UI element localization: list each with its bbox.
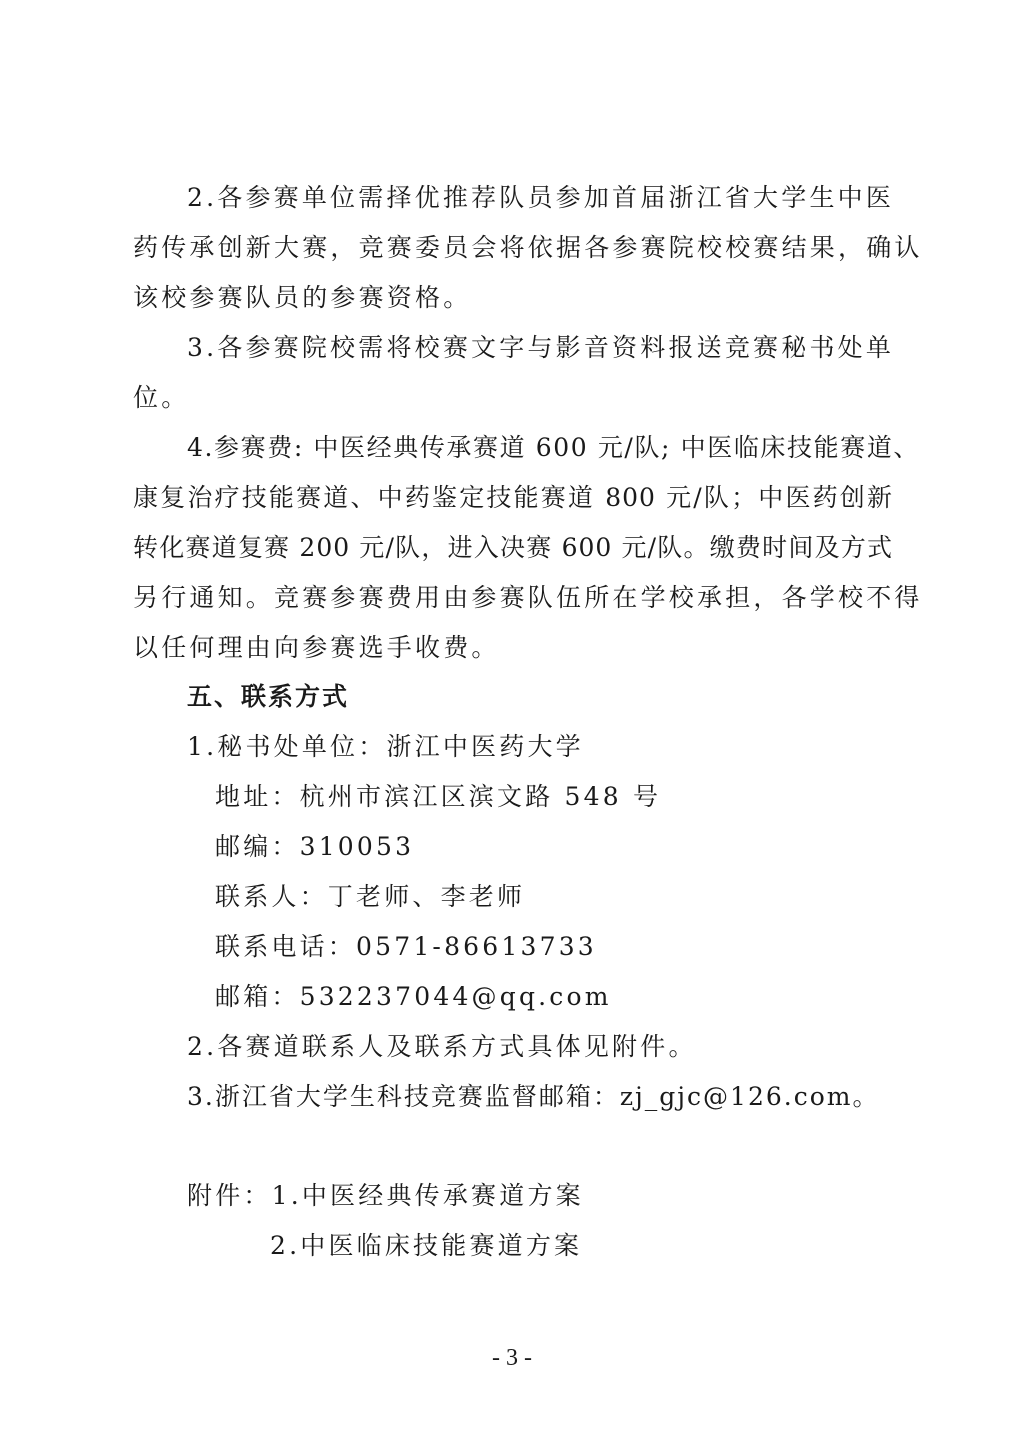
attachment-item-1: 1.中医经典传承赛道方案 [272, 1181, 584, 1210]
paragraph-3-line-1: 3.各参赛院校需将校赛文字与影音资料报送竞赛秘书处单 [187, 333, 947, 363]
section-heading-contact: 五、联系方式 [187, 682, 947, 712]
paragraph-3-line-2: 位。 [133, 383, 893, 413]
address: 地址：杭州市滨江区滨文路 548 号 [215, 782, 975, 812]
paragraph-4-line-2: 康复治疗技能赛道、中药鉴定技能赛道 800 元/队；中医药创新 [133, 483, 893, 513]
paragraph-4-line-4: 另行通知。竞赛参赛费用由参赛队伍所在学校承担，各学校不得 [133, 583, 893, 613]
paragraph-2-line-3: 该校参赛队员的参赛资格。 [133, 283, 893, 313]
paragraph-4-line-5: 以任何理由向参赛选手收费。 [133, 633, 893, 663]
paragraph-2-line-2: 药传承创新大赛，竞赛委员会将依据各参赛院校校赛结果，确认 [133, 233, 893, 263]
document-page: 2.各参赛单位需择优推荐队员参加首届浙江省大学生中医 药传承创新大赛，竞赛委员会… [0, 0, 1024, 1448]
paragraph-4-line-1: 4.参赛费: 中医经典传承赛道 600 元/队; 中医临床技能赛道、 [187, 433, 947, 463]
paragraph-4-line-3: 转化赛道复赛 200 元/队，进入决赛 600 元/队。缴费时间及方式 [133, 533, 893, 563]
postcode: 邮编：310053 [215, 832, 975, 862]
contact-phone: 联系电话：0571-86613733 [215, 932, 975, 962]
secretariat-unit: 1.秘书处单位：浙江中医药大学 [187, 732, 947, 762]
supervision-email: 3.浙江省大学生科技竞赛监督邮箱：zj_gjc@126.com。 [187, 1082, 947, 1112]
contact-email: 邮箱：532237044@qq.com [215, 982, 975, 1012]
page-number: - 3 - [0, 1345, 1024, 1372]
attachments-line-1: 附件：1.中医经典传承赛道方案 [187, 1181, 947, 1211]
attachment-item-2: 2.中医临床技能赛道方案 [270, 1231, 1024, 1261]
paragraph-2-line-1: 2.各参赛单位需择优推荐队员参加首届浙江省大学生中医 [187, 183, 947, 213]
contact-persons: 联系人：丁老师、李老师 [215, 882, 975, 912]
track-contacts-note: 2.各赛道联系人及联系方式具体见附件。 [187, 1032, 947, 1062]
attachments-label: 附件： [187, 1181, 272, 1210]
